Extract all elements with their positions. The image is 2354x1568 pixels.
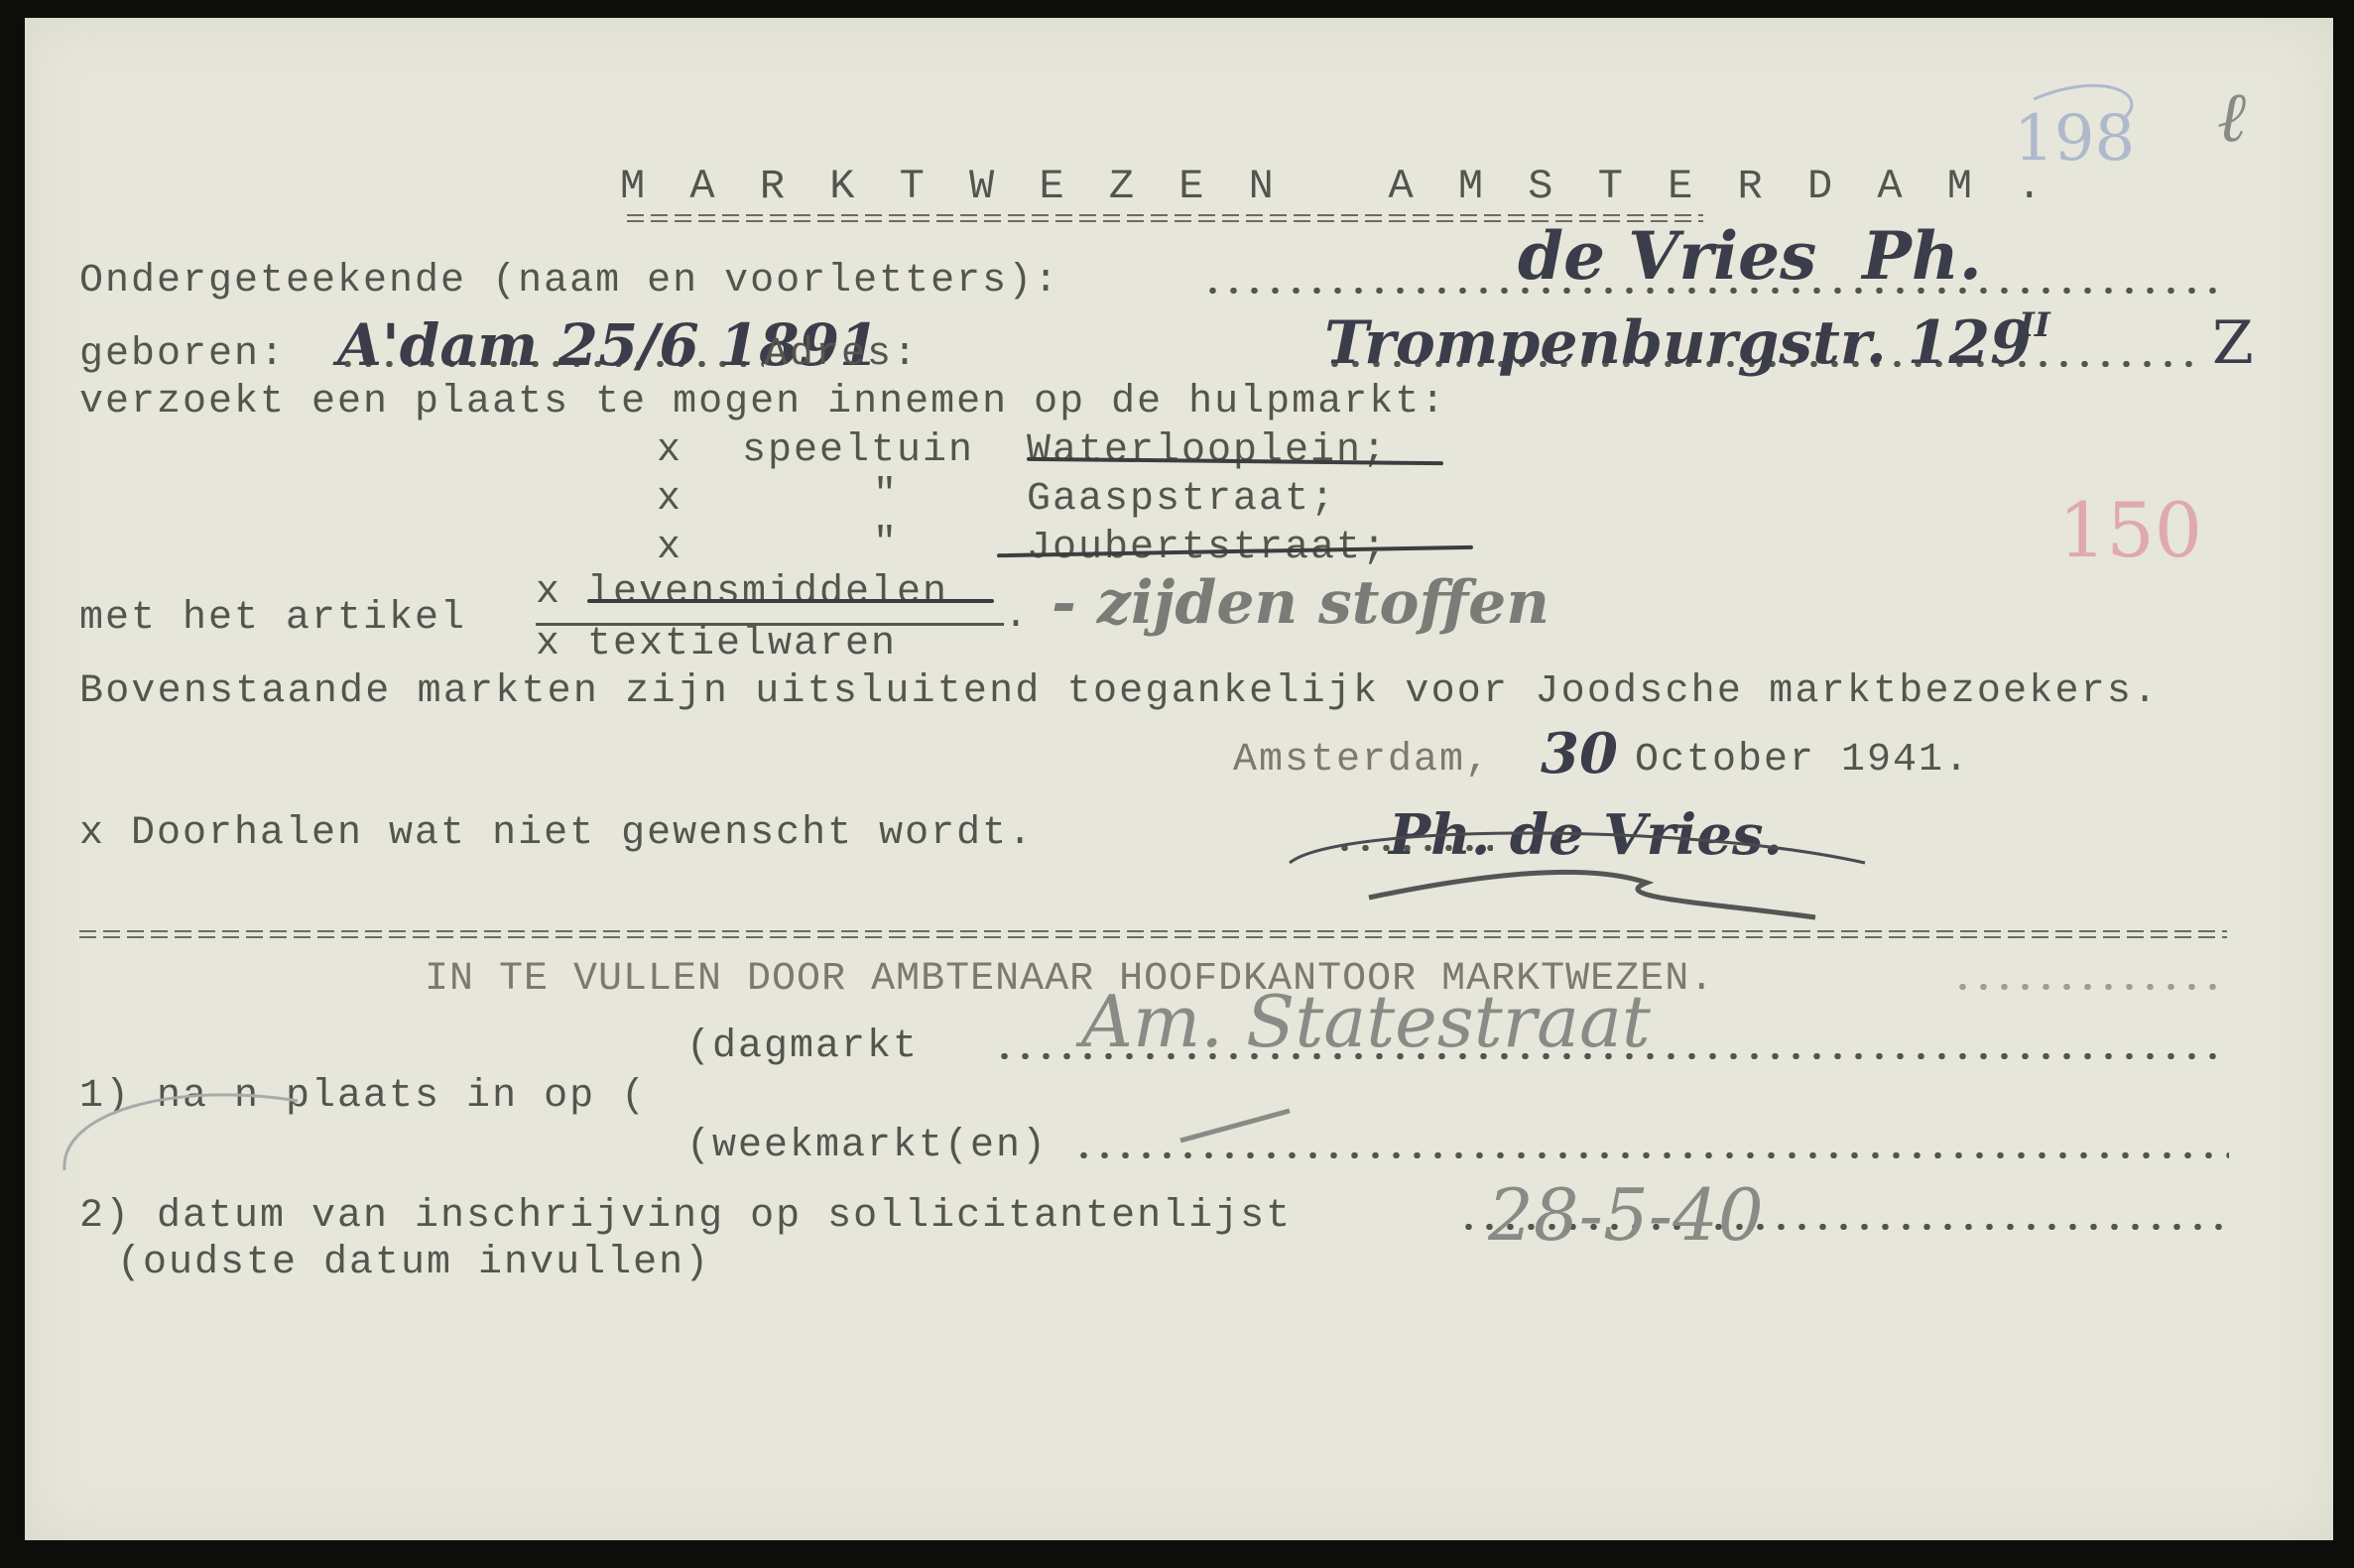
handwritten-strokes — [0, 0, 2354, 1568]
